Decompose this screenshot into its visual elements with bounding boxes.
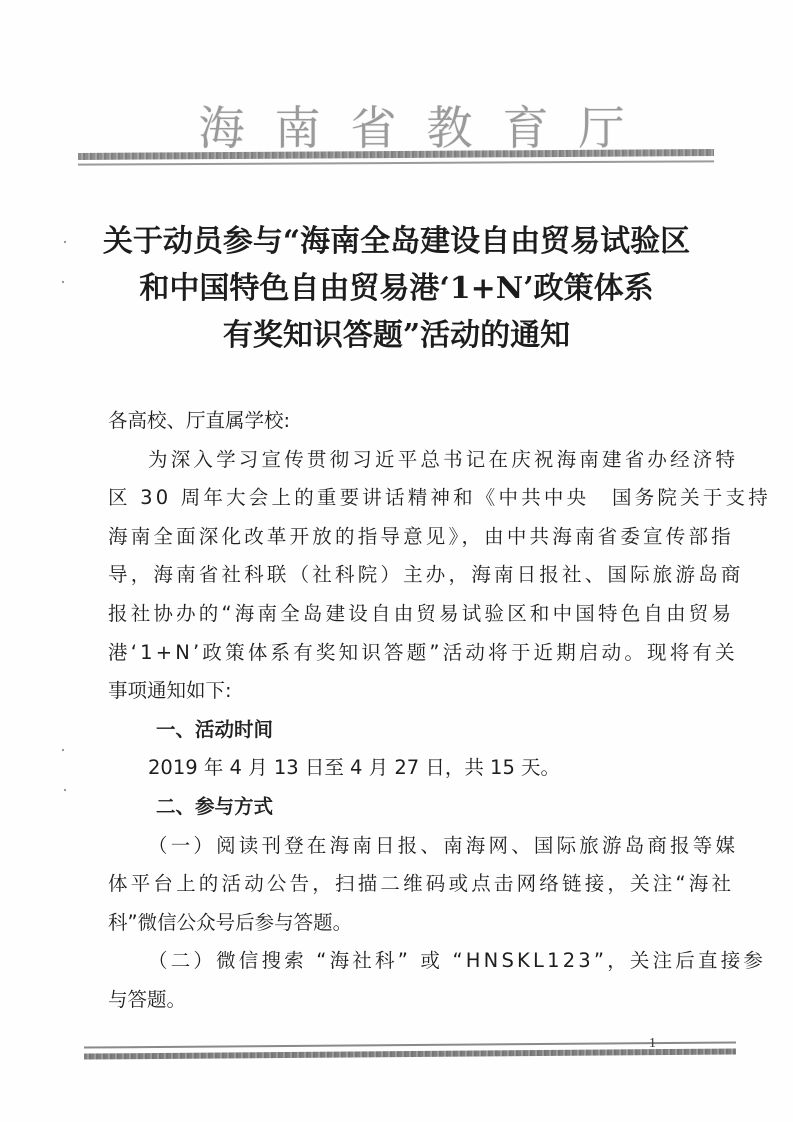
intro-line: 海南全面深化改革开放的指导意见》，由中共海南省委宣传部指 [108,518,718,557]
intro-line: 港‘1+N’政策体系有奖知识答题”活动将于近期启动。现将有关 [108,634,718,673]
intro-line: 为深入学习宣传贯彻习近平总书记在庆祝海南建省办经济特 [108,441,718,480]
document-body: 各高校、厅直属学校: 为深入学习宣传贯彻习近平总书记在庆祝海南建省办经济特 区 … [108,402,718,1020]
section-line: 2019 年 4 月 13 日至 4 月 27 日，共 15 天。 [108,749,718,788]
page-number: 1 [649,1036,656,1052]
section-line: 科”微信公众号后参与答题。 [108,904,718,943]
salutation: 各高校、厅直属学校: [108,402,718,441]
intro-line: 区 30 周年大会上的重要讲话精神和《中共中央 国务院关于支持 [108,479,718,518]
scan-speck [62,749,64,751]
footer-thick-rule [84,1048,736,1059]
document-title: 关于动员参与“海南全岛建设自由贸易试验区 和中国特色自由贸易港‘1+N’政策体系… [0,218,793,359]
section-heading-activity-time: 一、活动时间 [108,711,718,750]
section-line: 体平台上的活动公告，扫描二维码或点击网络链接，关注“海社 [108,865,718,904]
scan-speck [62,281,64,283]
section-line: 与答题。 [108,981,718,1020]
intro-line: 导，海南省社科联（社科院）主办，海南日报社、国际旅游岛商 [108,556,718,595]
title-line-3: 有奖知识答题”活动的通知 [0,312,793,359]
scan-speck [64,789,66,791]
letterhead-thin-rule [78,160,714,165]
letterhead-org-name: 海南省教育厅 [0,92,793,158]
title-line-2: 和中国特色自由贸易港‘1+N’政策体系 [0,265,793,312]
intro-line: 报社协办的“海南全岛建设自由贸易试验区和中国特色自由贸易 [108,595,718,634]
intro-line: 事项通知如下: [108,672,718,711]
scan-speck [64,241,66,243]
section-line: （二）微信搜索 “海社科” 或 “HNSKL123”，关注后直接参 [108,942,718,981]
section-line: （一）阅读刊登在海南日报、南海网、国际旅游岛商报等媒 [108,827,718,866]
title-line-1: 关于动员参与“海南全岛建设自由贸易试验区 [0,218,793,265]
footer-thin-rule [84,1041,736,1048]
section-heading-participation: 二、参与方式 [108,788,718,827]
document-page: 海南省教育厅 关于动员参与“海南全岛建设自由贸易试验区 和中国特色自由贸易港‘1… [0,0,793,1122]
